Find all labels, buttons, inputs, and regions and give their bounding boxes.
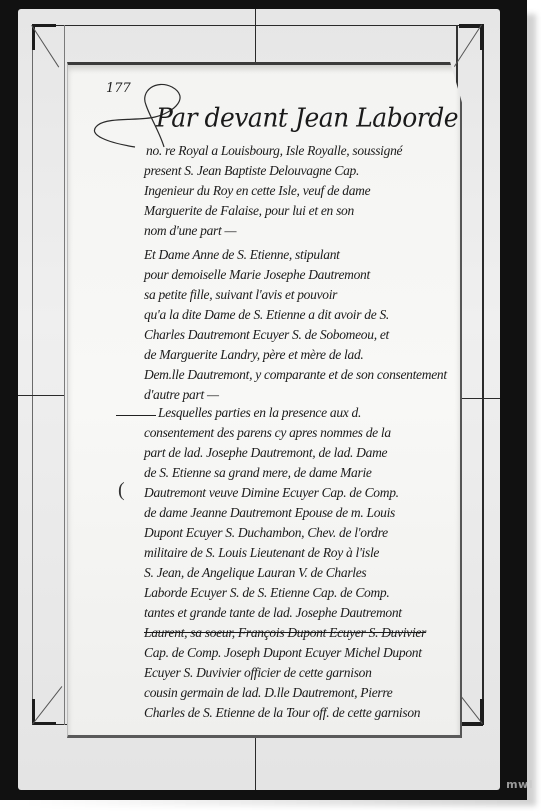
seam-left: [18, 395, 64, 396]
diag-tl: [31, 25, 59, 67]
text-line: de S. Etienne sa grand mere, de dame Mar…: [144, 465, 372, 481]
text-line: Charles Dautremont Ecuyer S. de Sobomeou…: [144, 327, 389, 343]
corner-tl-h: [32, 24, 56, 27]
text-line: S. Jean, de Angelique Lauran V. de Charl…: [144, 565, 366, 581]
diag-tr: [454, 24, 482, 66]
diag-bl: [32, 686, 62, 724]
text-line: sa petite fille, suivant l'avis et pouvo…: [144, 287, 337, 303]
manuscript-text: no. re Royal a Louisbourg, Isle Royalle,…: [68, 65, 460, 735]
text-line: qu'a la dite Dame de S. Etienne a dit av…: [144, 307, 389, 323]
text-line: Charles de S. Etienne de la Tour off. de…: [144, 705, 420, 721]
text-line: Ecuyer S. Duvivier officier de cette gar…: [144, 665, 372, 681]
text-line: de Marguerite Landry, père et mère de la…: [144, 347, 363, 363]
text-line: Laborde Ecuyer S. de S. Etienne Cap. de …: [144, 585, 389, 601]
watermark: mwl: [506, 778, 533, 791]
text-line: Et Dame Anne de S. Etienne, stipulant: [144, 247, 340, 263]
text-line: nom d'une part —: [144, 223, 236, 239]
margin-bracket: (: [118, 479, 125, 502]
manuscript-page: 177 Par devant Jean Laborde no. re Royal…: [67, 62, 462, 738]
text-line: pour demoiselle Marie Josephe Dautremont: [144, 267, 370, 283]
text-line: Dautremont veuve Dimine Ecuyer Cap. de C…: [144, 485, 399, 501]
paragraph-rule: [116, 415, 156, 416]
frame-line-right: [482, 25, 484, 725]
seam-bottom: [255, 737, 256, 790]
text-line: Dupont Ecuyer S. Duchambon, Chev. de l'o…: [144, 525, 388, 541]
frame-inner-left: [64, 25, 65, 725]
scanned-photograph: 177 Par devant Jean Laborde no. re Royal…: [0, 0, 527, 800]
text-line: no. re Royal a Louisbourg, Isle Royalle,…: [146, 143, 402, 159]
text-line: militaire de S. Louis Lieutenant de Roy …: [144, 545, 379, 561]
text-line: cousin germain de lad. D.lle Dautremont,…: [144, 685, 393, 701]
text-line: consentement des parens cy apres nommes …: [144, 425, 391, 441]
text-line: Marguerite de Falaise, pour lui et en so…: [144, 203, 354, 219]
text-line: Lesquelles parties en la presence aux d.: [158, 405, 361, 421]
corner-bl-h: [32, 722, 56, 725]
seam-right: [456, 398, 500, 399]
corner-tr-v: [480, 24, 484, 50]
text-line: Cap. de Comp. Joseph Dupont Ecuyer Miche…: [144, 645, 422, 661]
text-line: tantes et grande tante de lad. Josephe D…: [144, 605, 402, 621]
frame-line-top: [32, 25, 483, 26]
frame-line-left: [32, 25, 33, 725]
text-line: present S. Jean Baptiste Delouvagne Cap.: [144, 163, 359, 179]
text-line: d'autre part —: [144, 387, 219, 403]
seam-top: [255, 9, 256, 65]
text-line: de dame Jeanne Dautremont Epouse de m. L…: [144, 505, 395, 521]
text-line: Dem.lle Dautremont, y comparante et de s…: [144, 367, 447, 383]
text-line: part de lad. Josephe Dautremont, de lad.…: [144, 445, 387, 461]
text-line-struck: Laurent, sa soeur, François Dupont Ecuye…: [144, 625, 426, 641]
text-line: Ingenieur du Roy en cette Isle, veuf de …: [144, 183, 370, 199]
